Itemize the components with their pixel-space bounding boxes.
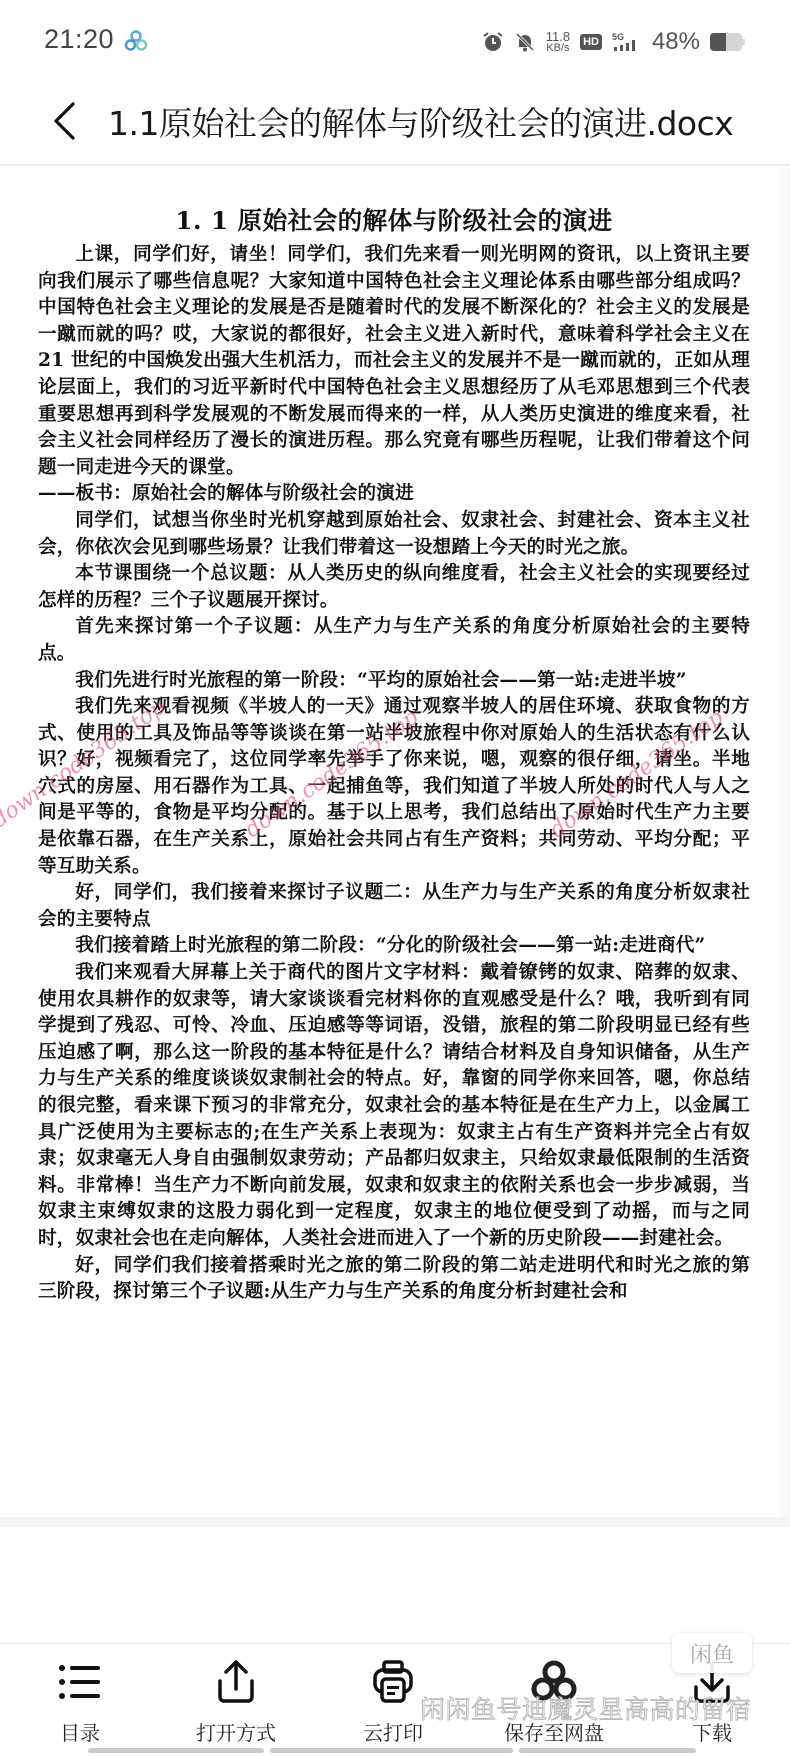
svg-text:5G: 5G (612, 32, 624, 42)
cloud-disk-icon (528, 1656, 580, 1708)
network-speed: 11.8 KB/s (546, 30, 570, 54)
chevron-left-icon (51, 101, 77, 145)
status-bar: 21:20 11.8 KB/s HD 5G 48% (0, 0, 790, 80)
toolbar-scroll-indicator (270, 1748, 513, 1753)
baidu-netdisk-icon (124, 30, 148, 52)
signal-5g-icon: 5G (612, 31, 642, 53)
save-to-netdisk-button[interactable]: 保存至网盘 (492, 1644, 616, 1756)
status-time: 21:20 (44, 24, 114, 55)
battery-percent: 48% (652, 28, 700, 56)
document-title: 1.1原始社会的解体与阶级社会的演进.docx (108, 98, 733, 145)
document-page: 1. 1 原始社会的解体与阶级社会的演进 上课，同学们好，请坐！同学们，我们先来… (38, 202, 750, 1306)
doc-paragraph: 好，同学们我们接着搭乘时光之旅的第二阶段的第二站走进明代和时光之旅的第三阶段，探… (38, 1253, 750, 1306)
doc-paragraph: 我们先进行时光旅程的第一阶段：“平均的原始社会——第一站:走进半坡” (38, 668, 750, 695)
save-to-netdisk-label: 保存至网盘 (504, 1717, 604, 1746)
hd-badge: HD (580, 34, 602, 50)
open-with-label: 打开方式 (196, 1717, 276, 1746)
document-heading: 1. 1 原始社会的解体与阶级社会的演进 (38, 202, 750, 237)
doc-paragraph: 我们先来观看视频《半坡人的一天》通过观察半坡人的居住环境、获取食物的方式、使用的… (38, 694, 750, 880)
list-icon (54, 1656, 106, 1708)
xianyu-badge: 闲鱼 (672, 1633, 752, 1673)
mute-bell-icon (514, 31, 536, 53)
battery-icon (710, 32, 746, 52)
page-edge (776, 168, 790, 1518)
cloud-print-button[interactable]: 云打印 (345, 1644, 441, 1756)
doc-paragraph: 同学们，试想当你坐时光机穿越到原始社会、奴隶社会、封建社会、资本主义社会，你依次… (38, 508, 750, 561)
doc-paragraph: 我们来观看大屏幕上关于商代的图片文字材料：戴着镣铐的奴隶、陪葬的奴隶、使用农具耕… (38, 960, 750, 1253)
download-label: 下载 (692, 1717, 732, 1746)
share-open-icon (210, 1656, 262, 1708)
cloud-print-label: 云打印 (363, 1717, 423, 1746)
toc-label: 目录 (60, 1717, 100, 1746)
page-separator (0, 1517, 790, 1527)
doc-paragraph: 好，同学们，我们接着来探讨子议题二：从生产力与生产关系的角度分析奴隶社会的主要特… (38, 880, 750, 933)
title-bar: 1.1原始社会的解体与阶级社会的演进.docx (0, 80, 790, 166)
open-with-button[interactable]: 打开方式 (186, 1644, 286, 1756)
doc-paragraph: 上课，同学们好，请坐！同学们，我们先来看一则光明网的资讯，以上资讯主要向我们展示… (38, 242, 750, 481)
doc-paragraph: 本节课围绕一个总议题：从人类历史的纵向维度看，社会主义社会的实现要经过怎样的历程… (38, 561, 750, 614)
doc-paragraph: ——板书：原始社会的解体与阶级社会的演进 (38, 481, 750, 508)
alarm-icon (482, 31, 504, 53)
back-button[interactable] (44, 96, 84, 150)
next-page (0, 1527, 790, 1643)
toolbar-scroll-indicator (88, 1748, 264, 1753)
toc-button[interactable]: 目录 (38, 1644, 122, 1756)
toolbar-scroll-indicator (519, 1748, 696, 1753)
status-icons: 11.8 KB/s HD 5G 48% (482, 26, 746, 58)
net-speed-unit: KB/s (546, 43, 569, 54)
document-viewer[interactable]: 1. 1 原始社会的解体与阶级社会的演进 上课，同学们好，请坐！同学们，我们先来… (0, 168, 790, 1518)
doc-paragraph: 首先来探讨第一个子议题：从生产力与生产关系的角度分析原始社会的主要特点。 (38, 614, 750, 667)
doc-paragraph: 我们接着踏上时光旅程的第二阶段：“分化的阶级社会——第一站:走进商代” (38, 933, 750, 960)
printer-icon (367, 1656, 419, 1708)
